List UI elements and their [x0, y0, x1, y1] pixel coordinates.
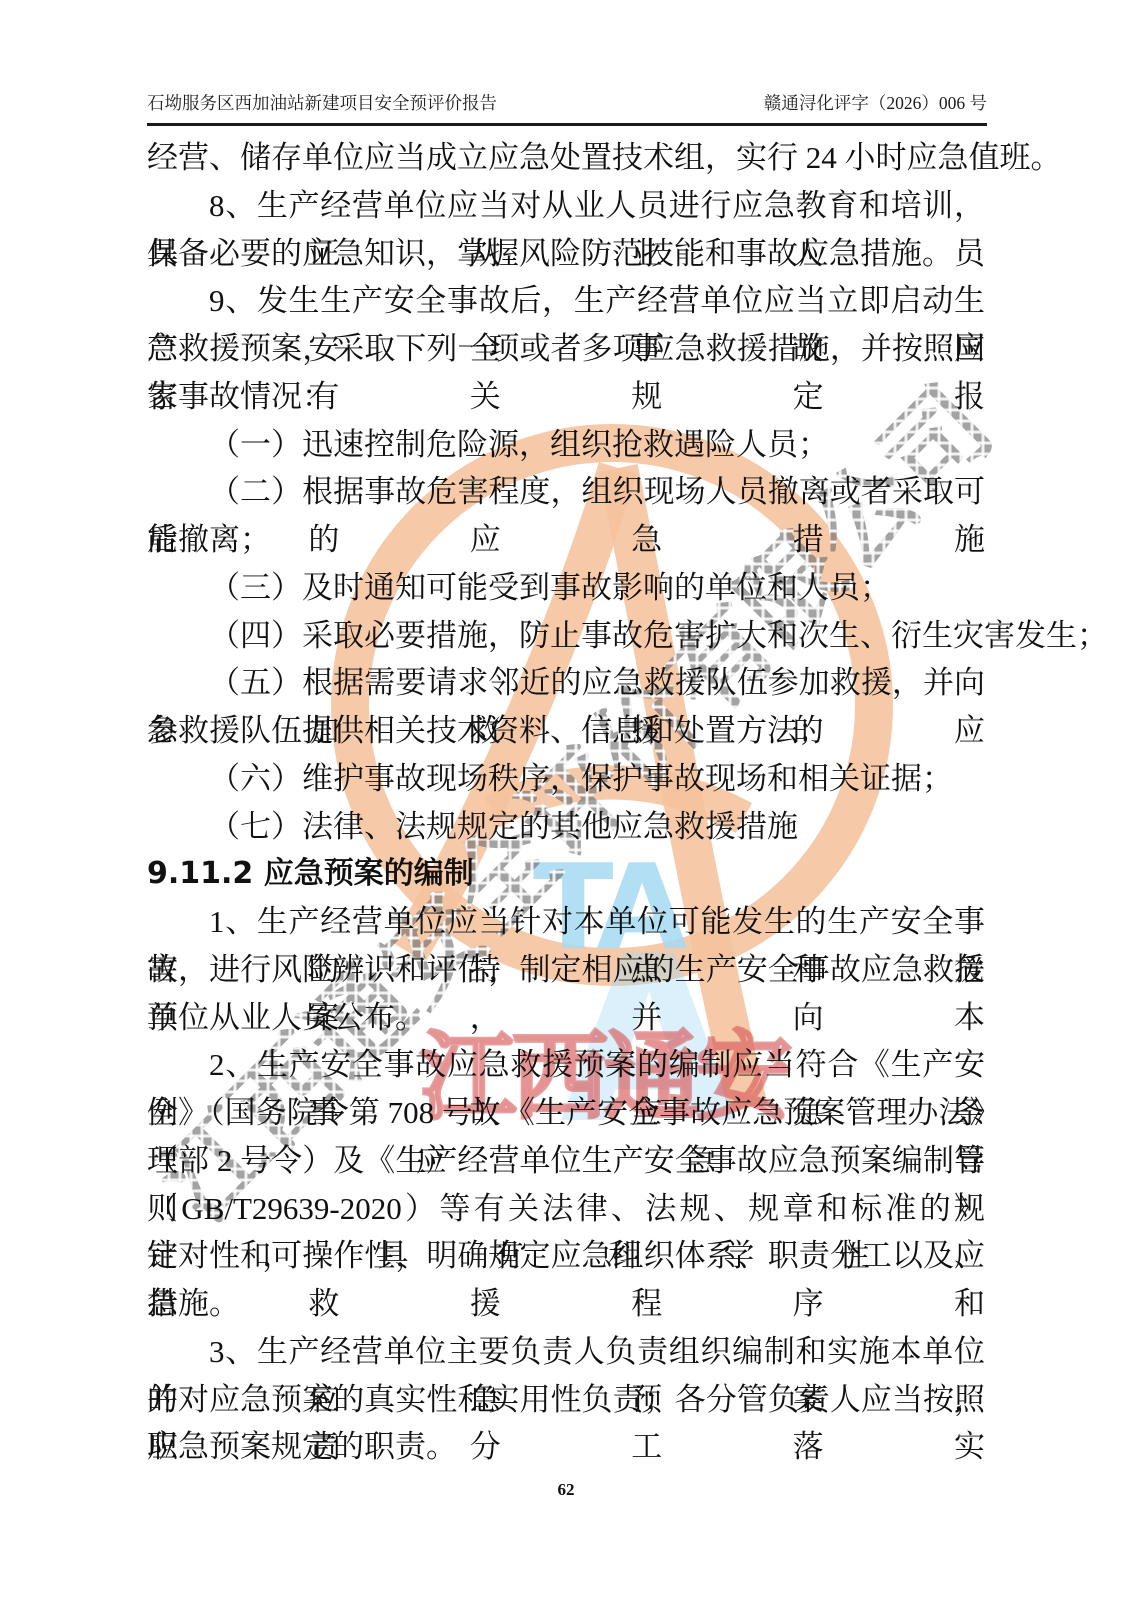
- body-line: （GB/T29639-2020）等有关法律、法规、规章和标准的规定，具有科学性、: [147, 1185, 985, 1233]
- header-report-title: 石坳服务区西加油站新建项目安全预评价报告: [147, 90, 497, 115]
- header-document-number: 赣通浔化评字（2026）006 号: [764, 90, 987, 115]
- document-body: 经营、储存单位应当成立应急处置技术组，实行 24 小时应急值班。8、生产经营单位…: [147, 134, 985, 1471]
- body-line: （一）迅速控制危险源，组织抢救遇险人员；: [147, 421, 985, 469]
- body-line: （五）根据需要请求邻近的应急救援队伍参加救援，并向参加救援的应: [147, 659, 985, 707]
- body-line: 8、生产经营单位应当对从业人员进行应急教育和培训，保证从业人员: [147, 182, 985, 230]
- page-header: 石坳服务区西加油站新建项目安全预评价报告 赣通浔化评字（2026）006 号: [147, 90, 987, 126]
- body-line: 针对性和可操作性，明确规定应急组织体系、职责分工以及应急救援程序和: [147, 1232, 985, 1280]
- body-line: 害，进行风险辨识和评估，制定相应的生产安全事故应急救援预案，并向本: [147, 946, 985, 994]
- page-number: 62: [147, 1480, 985, 1500]
- body-line: （二）根据事故危害程度，组织现场人员撤离或者采取可能的应急措施: [147, 468, 985, 516]
- document-page: A TA 江西通安全评价有限公司 江西通安全评价有限公司 江西通安 石坳服务区西…: [0, 0, 1131, 1600]
- body-line: 9.11.2 应急预案的编制: [147, 850, 985, 898]
- body-line: （七）法律、法规规定的其他应急救援措施: [147, 803, 985, 851]
- body-line: 具备必要的应急知识，掌握风险防范技能和事故应急措施。: [147, 230, 985, 278]
- body-line: 理部 2 号令）及《生产经营单位生产安全事故应急预案编制导则》: [147, 1137, 985, 1185]
- body-line: 经营、储存单位应当成立应急处置技术组，实行 24 小时应急值班。: [147, 134, 985, 182]
- body-line: 2、生产安全事故应急救援预案的编制应当符合《生产安全事故应急条: [147, 1041, 985, 1089]
- body-line: 例》（国务院令第 708 号）、《生产安全事故应急预案管理办法》（应急管: [147, 1089, 985, 1137]
- body-line: 3、生产经营单位主要负责人负责组织编制和实施本单位的应急预案，: [147, 1328, 985, 1376]
- body-line: 并对应急预案的真实性和实用性负责；各分管负责人应当按照职责分工落实: [147, 1376, 985, 1424]
- body-line: 1、生产经营单位应当针对本单位可能发生的生产安全事故的特点和危: [147, 898, 985, 946]
- body-line: （四）采取必要措施，防止事故危害扩大和次生、衍生灾害发生；: [147, 612, 985, 660]
- body-line: 急救援预案，采取下列一项或者多项应急救援措施，并按照国家有关规定报: [147, 325, 985, 373]
- body-line: 9、发生生产安全事故后，生产经营单位应当立即启动生产安全事故应: [147, 277, 985, 325]
- body-line: （六）维护事故现场秩序，保护事故现场和相关证据；: [147, 755, 985, 803]
- body-line: （三）及时通知可能受到事故影响的单位和人员；: [147, 564, 985, 612]
